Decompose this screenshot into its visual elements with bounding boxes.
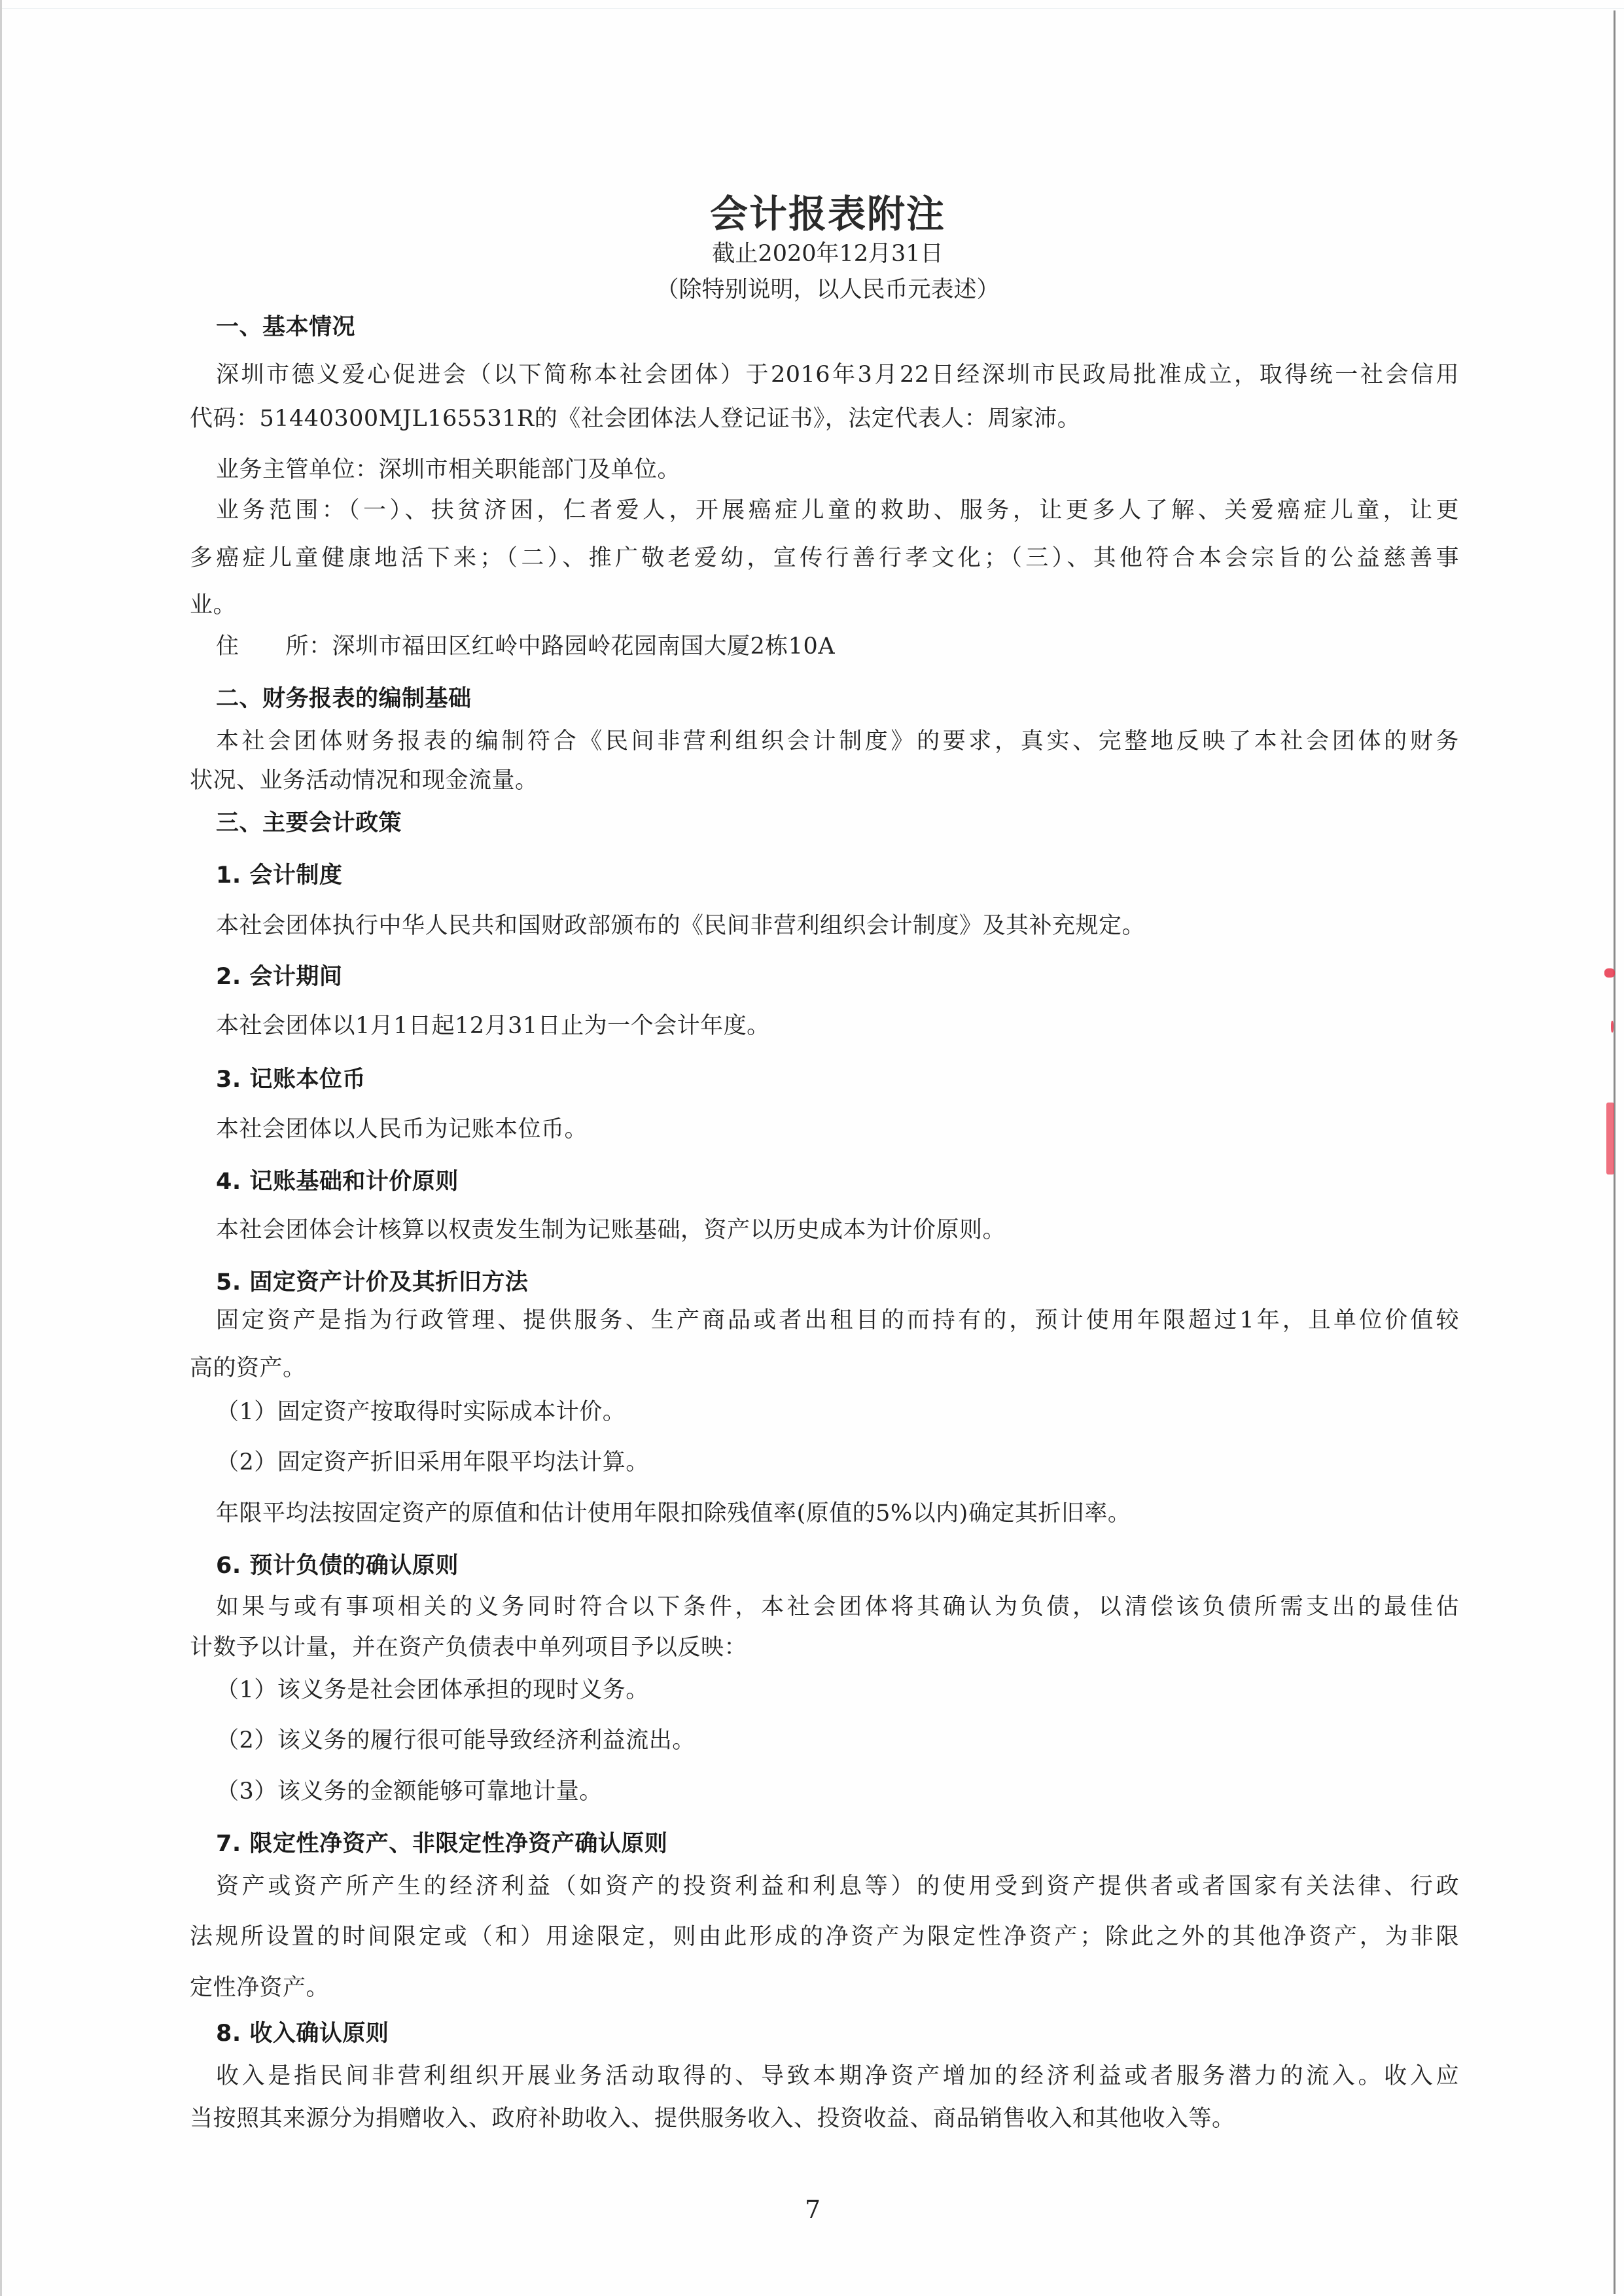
seal-fragment-icon (1604, 968, 1615, 978)
policy-text: 年限平均法按固定资产的原值和估计使用年限扣除残值率(原值的5%以内)确定其折旧率… (216, 1495, 1492, 1528)
policy-text: （1）固定资产按取得时实际成本计价。 (216, 1394, 1492, 1426)
business-scope-line: 业。 (190, 587, 1466, 620)
policy-text: （1）该义务是社会团体承担的现时义务。 (216, 1672, 1492, 1704)
section-heading-accounting-policies: 三、主要会计政策 (216, 805, 1492, 838)
section-heading-basic-info: 一、基本情况 (216, 309, 1492, 342)
business-scope-line: 业务范围：（一）、扶贫济困，仁者爱人，开展癌症儿童的救助、服务，让更多人了解、关… (216, 492, 1459, 525)
policy-text: 固定资产是指为行政管理、提供服务、生产商品或者出租目的而持有的，预计使用年限超过… (216, 1302, 1459, 1335)
scan-left-edge (0, 0, 2, 2296)
policy-text: 本社会团体会计核算以权责发生制为记账基础，资产以历史成本为计价原则。 (216, 1212, 1492, 1245)
address-line: 住 所：深圳市福田区红岭中路园岭花园南国大厦2栋10A (216, 628, 1492, 661)
policy-heading: 3. 记账本位币 (216, 1061, 1492, 1094)
policy-text: 如果与或有事项相关的义务同时符合以下条件，本社会团体将其确认为负债，以清偿该负债… (216, 1589, 1459, 1621)
seal-fragment-icon (1606, 1103, 1614, 1174)
policy-text: 定性净资产。 (190, 1969, 1466, 2002)
supervisor-unit: 业务主管单位：深圳市相关职能部门及单位。 (216, 451, 1492, 484)
policy-heading: 2. 会计期间 (216, 959, 1492, 991)
seal-fragment-icon (1611, 1021, 1614, 1033)
paragraph-line: 代码：51440300MJL165531R的《社会团体法人登记证书》，法定代表人… (190, 400, 1466, 433)
page-number: 7 (805, 2195, 821, 2224)
address-value: 深圳市福田区红岭中路园岭花园南国大厦2栋10A (332, 633, 836, 660)
document-title: 会计报表附注 (190, 183, 1466, 238)
policy-heading: 4. 记账基础和计价原则 (216, 1163, 1492, 1196)
policy-text: 当按照其来源分为捐赠收入、政府补助收入、提供服务收入、投资收益、商品销售收入和其… (190, 2100, 1466, 2133)
policy-heading: 6. 预计负债的确认原则 (216, 1547, 1492, 1580)
policy-text: 本社会团体以人民币为记账本位币。 (216, 1111, 1492, 1144)
paragraph-line: 状况、业务活动情况和现金流量。 (190, 762, 1466, 795)
policy-text: （3）该义务的金额能够可靠地计量。 (216, 1773, 1492, 1806)
scan-top-edge (0, 8, 1624, 9)
policy-text: 计数予以计量，并在资产负债表中单列项目予以反映： (190, 1629, 1466, 1662)
address-label: 住 所： (216, 633, 332, 660)
policy-text: 资产或资产所产生的经济利益（如资产的投资利益和利息等）的使用受到资产提供者或者国… (216, 1868, 1459, 1901)
paragraph-line: 深圳市德义爱心促进会（以下简称本社会团体）于2016年3月22日经深圳市民政局批… (216, 357, 1459, 389)
policy-text: 本社会团体以1月1日起12月31日止为一个会计年度。 (216, 1008, 1492, 1040)
policy-text: （2）该义务的履行很可能导致经济利益流出。 (216, 1722, 1492, 1755)
policy-text: （2）固定资产折旧采用年限平均法计算。 (216, 1444, 1492, 1477)
section-heading-preparation-basis: 二、财务报表的编制基础 (216, 680, 1492, 713)
policy-text: 高的资产。 (190, 1350, 1466, 1383)
policy-heading: 7. 限定性净资产、非限定性净资产确认原则 (216, 1826, 1492, 1858)
document-page: 会计报表附注 截止2020年12月31日 （除特别说明，以人民币元表述） 一、基… (0, 0, 1624, 2296)
policy-text: 收入是指民间非营利组织开展业务活动取得的、导致本期净资产增加的经济利益或者服务潜… (216, 2058, 1459, 2091)
policy-heading: 8. 收入确认原则 (216, 2015, 1492, 2048)
paragraph-line: 本社会团体财务报表的编制符合《民间非营利组织会计制度》的要求，真实、完整地反映了… (216, 723, 1459, 756)
report-date: 截止2020年12月31日 (190, 236, 1466, 268)
business-scope-line: 多癌症儿童健康地活下来；（二）、推广敬老爱幼，宣传行善行孝文化；（三）、其他符合… (190, 540, 1459, 573)
policy-heading: 1. 会计制度 (216, 857, 1492, 890)
policy-text: 本社会团体执行中华人民共和国财政部颁布的《民间非营利组织会计制度》及其补充规定。 (216, 908, 1492, 940)
policy-text: 法规所设置的时间限定或（和）用途限定，则由此形成的净资产为限定性净资产；除此之外… (190, 1918, 1459, 1951)
policy-heading: 5. 固定资产计价及其折旧方法 (216, 1264, 1492, 1297)
currency-note: （除特别说明，以人民币元表述） (190, 272, 1466, 304)
